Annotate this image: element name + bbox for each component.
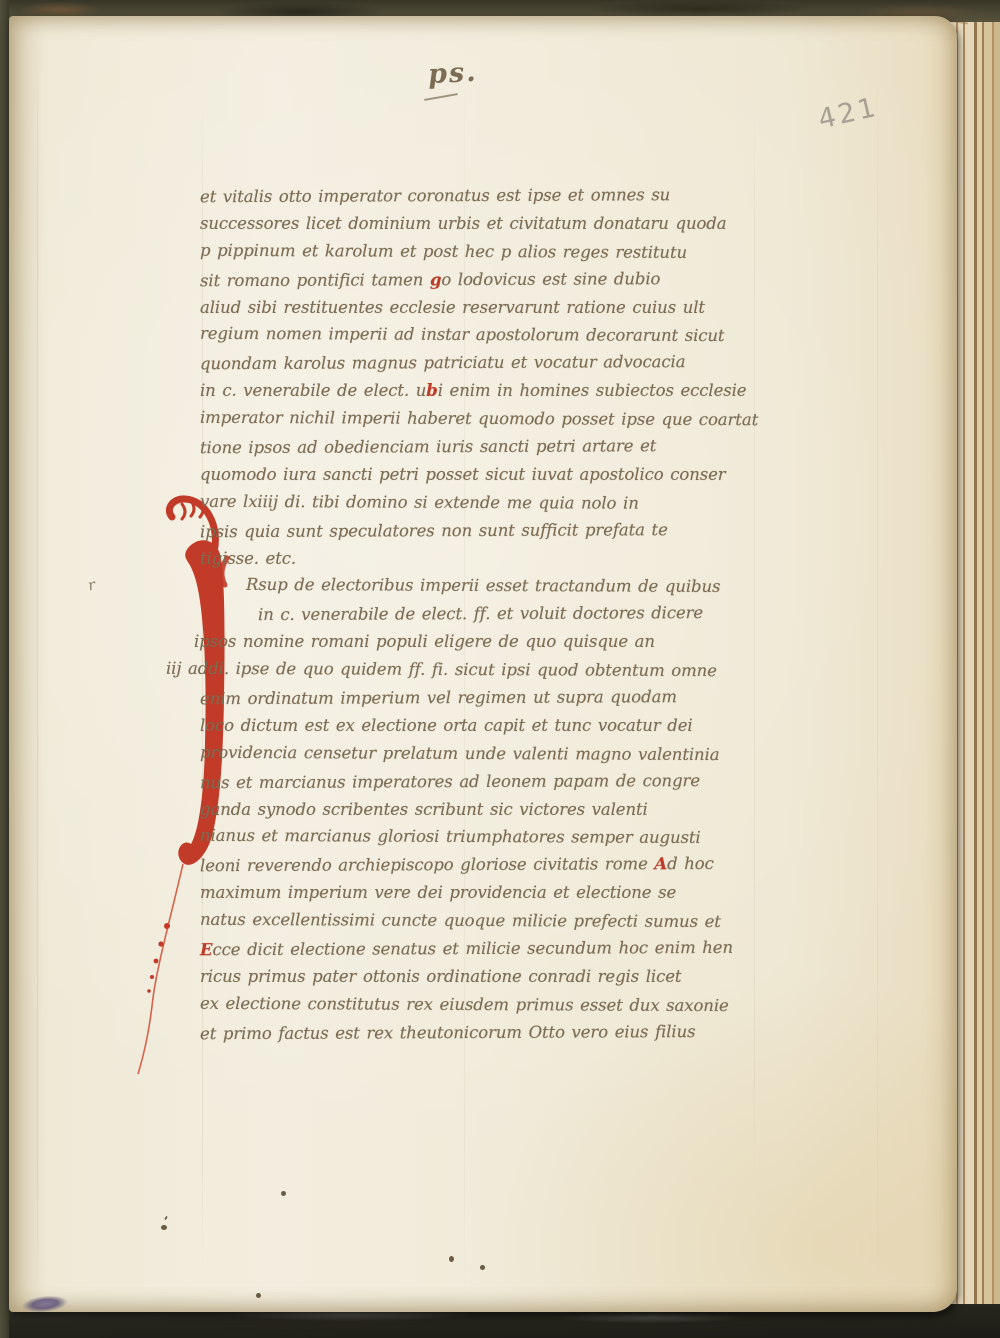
line-text: o lodovicus est sine dubio <box>441 269 660 289</box>
text-line: imperator nichil imperii haberet quomodo… <box>200 404 752 434</box>
line-text: vare lxiiij di. tibi domino si extende m… <box>200 492 639 513</box>
ink-spot <box>161 1225 167 1230</box>
line-text: aliud sibi restituentes ecclesie reserva… <box>200 298 705 317</box>
ink-spot <box>256 1293 261 1298</box>
line-text: in c. venerabile de elect. ff. et voluit… <box>258 603 703 624</box>
line-text: cce dicit electione senatus et milicie s… <box>212 938 733 959</box>
text-line: successores licet dominium urbis et civi… <box>200 210 752 238</box>
text-line: nianus et marcianus gloriosi triumphator… <box>200 822 752 852</box>
text-line: tione ipsos ad obedienciam iuris sancti … <box>200 432 752 462</box>
line-text: ganda synodo scribentes scribunt sic vic… <box>200 800 648 819</box>
rubricated-letter: g <box>430 270 442 289</box>
line-text: natus excellentissimi cuncte quoque mili… <box>200 910 721 931</box>
line-text: Rsup de electoribus imperii esset tracta… <box>246 575 721 596</box>
text-line: vare lxiiij di. tibi domino si extende m… <box>200 488 752 518</box>
rubricated-letter: A <box>654 855 667 874</box>
ink-spot <box>281 1191 286 1196</box>
line-text: regium nomen imperii ad instar apostolor… <box>200 324 725 345</box>
text-line: Rsup de electoribus imperii esset tracta… <box>246 571 752 601</box>
text-line: ipsos nomine romani populi eligere de qu… <box>194 628 752 656</box>
ink-spot <box>480 1265 485 1270</box>
text-line: enim ordinatum imperium vel regimen ut s… <box>200 683 752 713</box>
line-text: ex electione constitutus rex eiusdem pri… <box>200 994 729 1015</box>
text-line: leoni reverendo archiepiscopo gloriose c… <box>200 850 752 880</box>
crease-line <box>37 46 38 1306</box>
text-line: regium nomen imperii ad instar apostolor… <box>200 320 752 350</box>
line-text: ricus primus pater ottonis ordinatione c… <box>200 967 681 986</box>
text-line: providencia censetur prelatum unde valen… <box>200 739 752 769</box>
line-text: ipsis quia sunt speculatores non sunt su… <box>200 520 668 541</box>
text-line: ex electione constitutus rex eiusdem pri… <box>200 990 752 1020</box>
text-line: aliud sibi restituentes ecclesie reserva… <box>200 294 752 322</box>
line-text: enim ordinatum imperium vel regimen ut s… <box>200 687 677 708</box>
line-text: imperator nichil imperii haberet quomodo… <box>200 408 758 429</box>
manuscript-scan: { "page": { "running_header": "ps.", "fo… <box>0 0 1000 1338</box>
text-line: sit romano pontifici tamen go lodovicus … <box>200 264 752 294</box>
line-text: nianus et marcianus gloriosi triumphator… <box>200 826 701 847</box>
line-text: d hoc <box>667 854 714 873</box>
line-text: providencia censetur prelatum unde valen… <box>200 743 720 764</box>
text-line: ganda synodo scribentes scribunt sic vic… <box>200 796 752 824</box>
line-text: loco dictum est ex electione orta capit … <box>200 716 693 735</box>
line-text: successores licet dominium urbis et civi… <box>200 214 727 233</box>
text-line: quomodo iura sancti petri posset sicut i… <box>200 461 752 489</box>
text-line: Ecce dicit electione senatus et milicie … <box>200 934 752 964</box>
text-line: tigisse. etc. <box>200 545 752 573</box>
crease-line <box>877 56 878 1296</box>
line-text: et vitalis otto imperator coronatus est … <box>200 185 670 206</box>
text-line: p pippinum et karolum et post hec p alio… <box>200 237 752 267</box>
text-line: iij addi. ipse de quo quidem ff. fi. sic… <box>166 655 752 685</box>
text-line: ricus primus pater ottonis ordinatione c… <box>200 963 752 991</box>
line-text: quomodo iura sancti petri posset sicut i… <box>200 465 726 484</box>
line-text: iij addi. ipse de quo quidem ff. fi. sic… <box>166 659 717 680</box>
text-line: et primo factus est rex theutonicorum Ot… <box>200 1018 752 1048</box>
line-text: p pippinum et karolum et post hec p alio… <box>200 241 687 262</box>
text-line: maximum imperium vere dei providencia et… <box>200 879 752 907</box>
line-text: nus et marcianus imperatores ad leonem p… <box>200 771 700 792</box>
line-text: leoni reverendo archiepiscopo gloriose c… <box>200 855 654 876</box>
line-text: sit romano pontifici tamen <box>200 270 430 290</box>
line-text: tione ipsos ad obedienciam iuris sancti … <box>200 436 656 457</box>
line-text: et primo factus est rex theutonicorum Ot… <box>200 1022 696 1043</box>
text-line: quondam karolus magnus patriciatu et voc… <box>200 348 752 378</box>
ink-spot <box>449 1256 454 1262</box>
text-line: ipsis quia sunt speculatores non sunt su… <box>200 515 752 545</box>
running-header: ps. <box>427 57 478 91</box>
text-line: in c. venerabile de elect. ubi enim in h… <box>200 377 752 405</box>
binding-gutter-edge <box>0 0 9 1338</box>
rubricated-letter: E <box>200 940 213 959</box>
text-block: et vitalis otto imperator coronatus est … <box>200 182 752 1047</box>
line-text: i enim in homines subiectos ecclesie <box>438 381 747 400</box>
text-line: in c. venerabile de elect. ff. et voluit… <box>258 599 752 629</box>
text-line: nus et marcianus imperatores ad leonem p… <box>200 766 752 796</box>
line-text: quondam karolus magnus patriciatu et voc… <box>200 352 686 373</box>
line-text: maximum imperium vere dei providencia et… <box>200 883 676 902</box>
line-text: in c. venerabile de elect. u <box>200 381 426 400</box>
text-line: et vitalis otto imperator coronatus est … <box>200 181 752 211</box>
text-line: loco dictum est ex electione orta capit … <box>200 712 752 740</box>
line-text: tigisse. etc. <box>200 549 296 568</box>
line-text: ipsos nomine romani populi eligere de qu… <box>194 632 655 651</box>
text-line: natus excellentissimi cuncte quoque mili… <box>200 906 752 936</box>
crease-line <box>754 96 755 1186</box>
rubricated-letter: b <box>426 381 437 400</box>
